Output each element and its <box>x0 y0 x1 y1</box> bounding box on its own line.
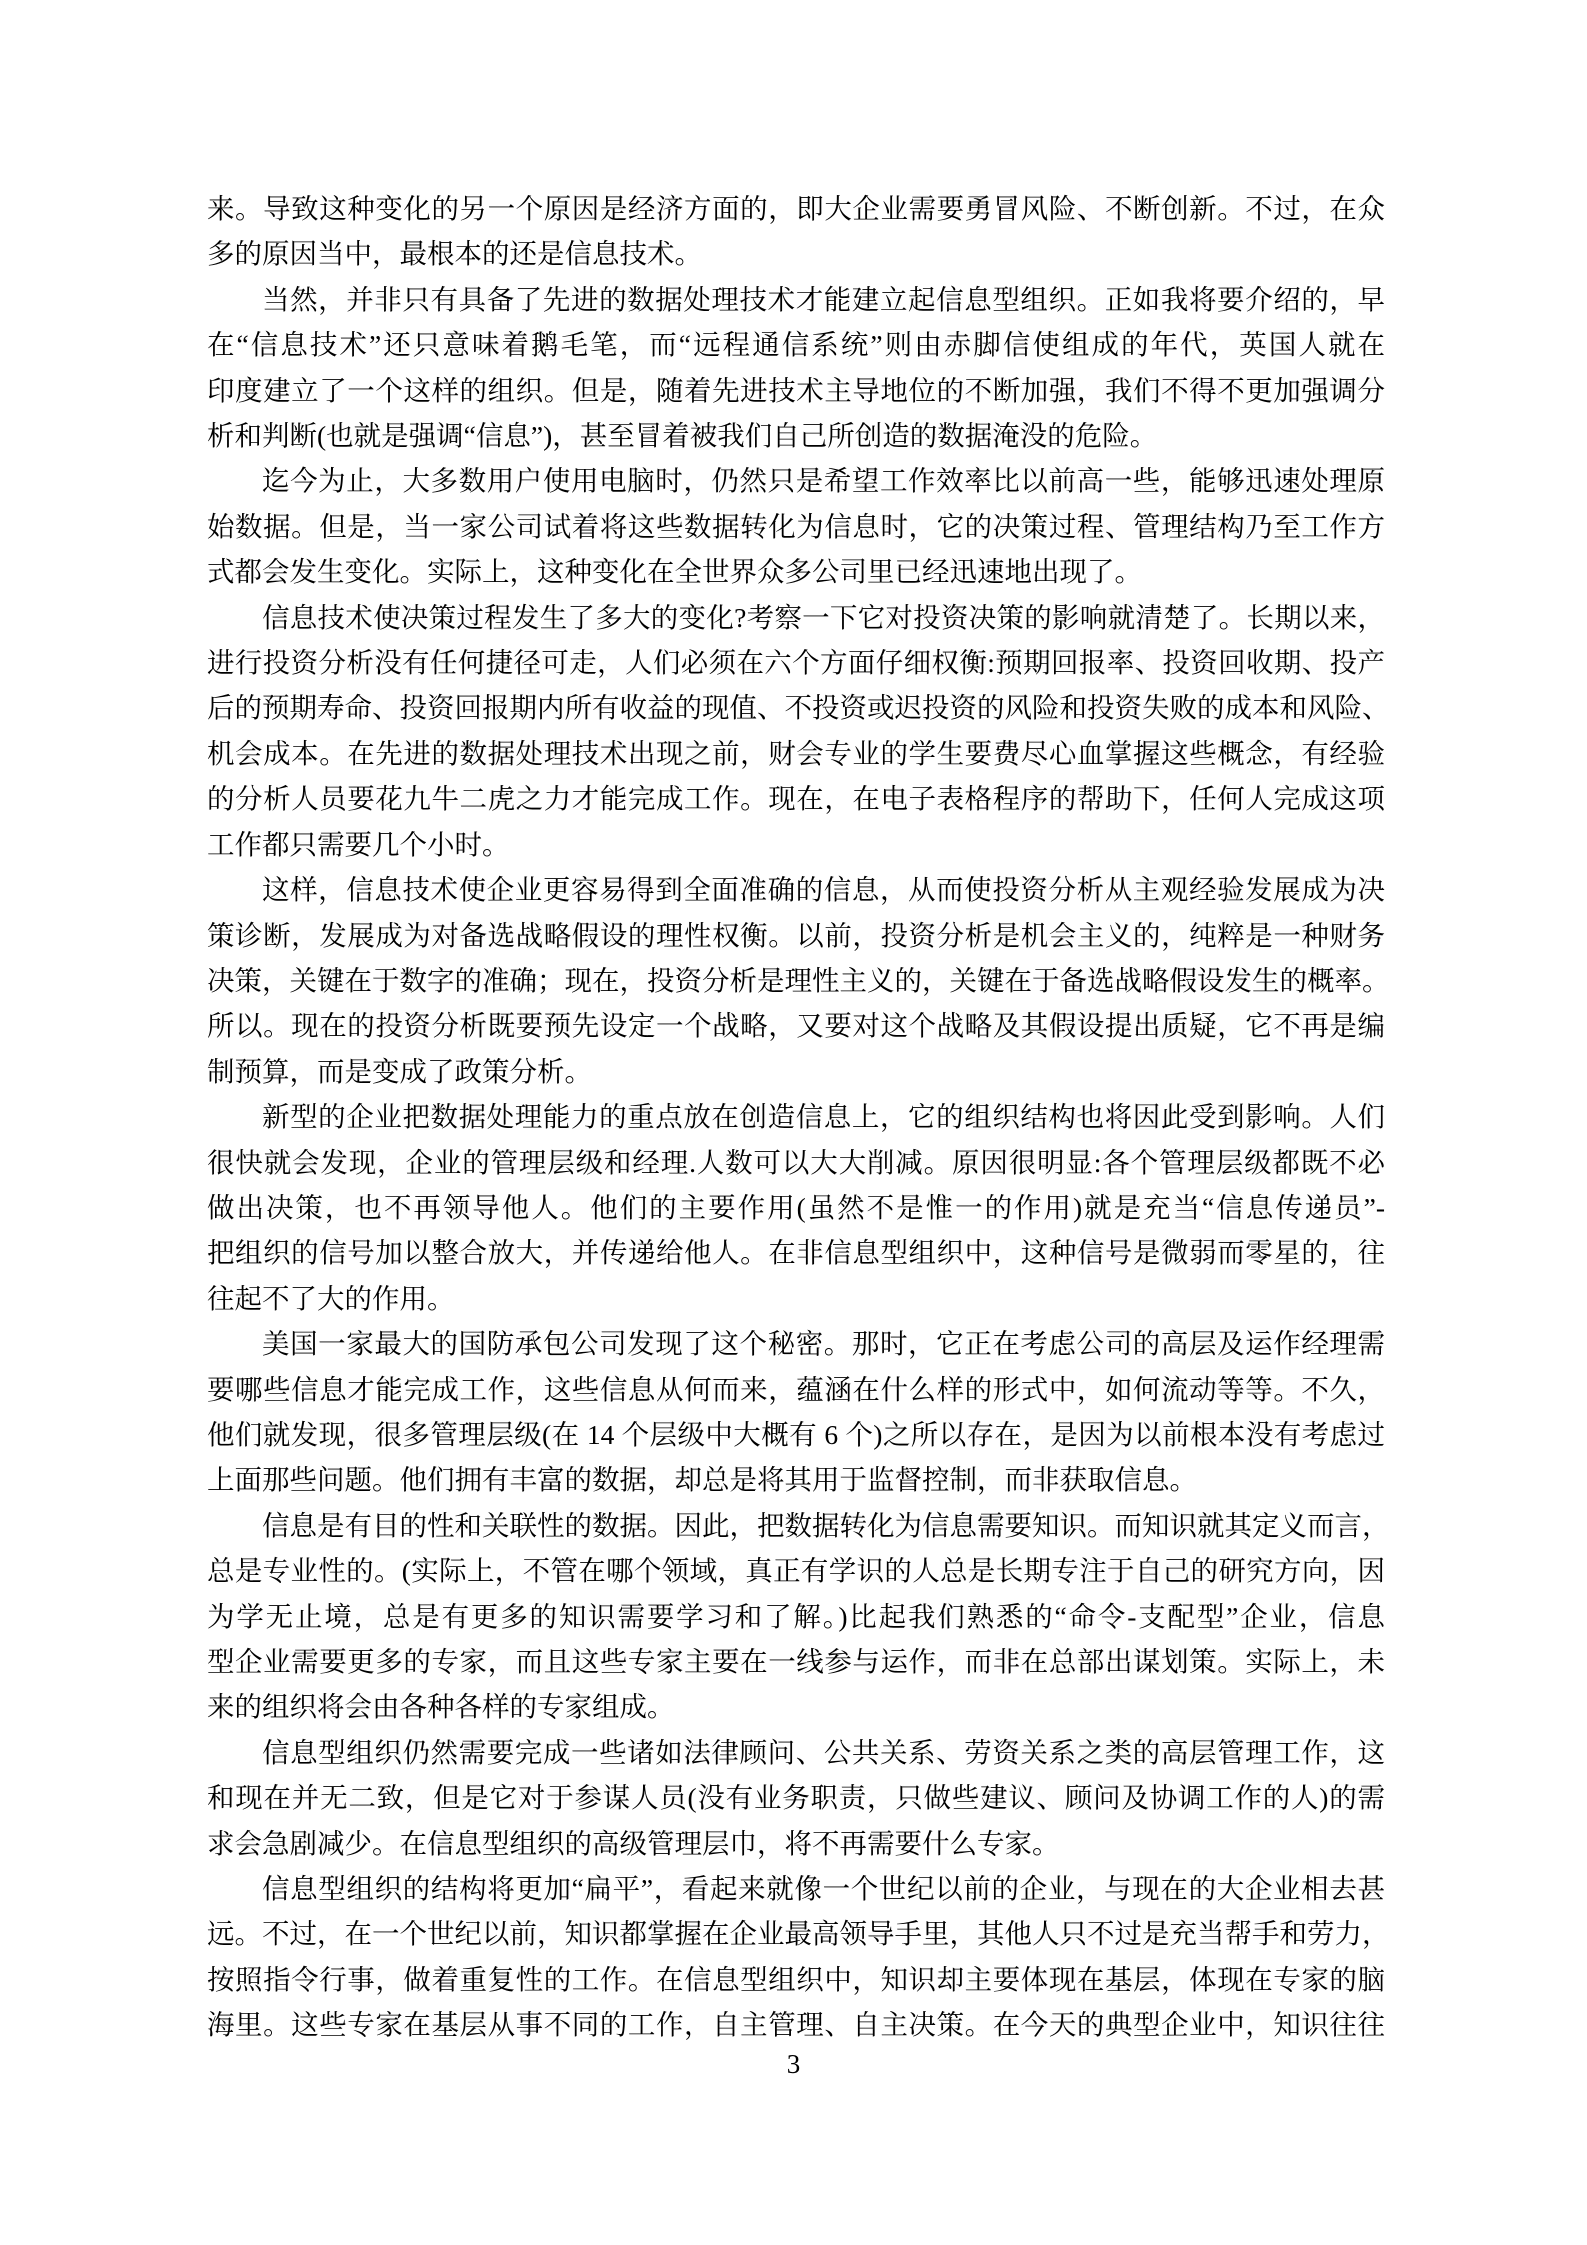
text-line: 往起不了大的作用。 <box>207 1276 1385 1321</box>
text-line: 海里。这些专家在基层从事不同的工作，自主管理、自主决策。在今天的典型企业中，知识… <box>207 2002 1385 2047</box>
text-line: 进行投资分析没有任何捷径可走，人们必须在六个方面仔细权衡:预期回报率、投资回收期… <box>207 640 1385 685</box>
text-line: 求会急剧减少。在信息型组织的高级管理层巾，将不再需要什么专家。 <box>207 1821 1385 1866</box>
text-line: 和现在并无二致，但是它对于参谋人员(没有业务职责，只做些建议、顾问及协调工作的人… <box>207 1775 1385 1820</box>
page-number: 3 <box>0 2048 1587 2080</box>
text-line: 总是专业性的。(实际上，不管在哪个领域，真正有学识的人总是长期专注于自己的研究方… <box>207 1548 1385 1593</box>
text-line: 远。不过，在一个世纪以前，知识都掌握在企业最高领导手里，其他人只不过是充当帮手和… <box>207 1911 1385 1956</box>
text-line: 策诊断，发展成为对备选战略假设的理性权衡。以前，投资分析是机会主义的，纯粹是一种… <box>207 913 1385 958</box>
text-line: 型企业需要更多的专家，而且这些专家主要在一线参与运作，而非在总部出谋划策。实际上… <box>207 1639 1385 1684</box>
text-line: 在“信息技术”还只意味着鹅毛笔，而“远程通信系统”则由赤脚信使组成的年代，英国人… <box>207 322 1385 367</box>
text-line: 信息型组织的结构将更加“扁平”，看起来就像一个世纪以前的企业，与现在的大企业相去… <box>207 1866 1385 1911</box>
document-page: 来。导致这种变化的另一个原因是经济方面的，即大企业需要勇冒风险、不断创新。不过，… <box>0 0 1587 2245</box>
text-line: 的分析人员要花九牛二虎之力才能完成工作。现在，在电子表格程序的帮助下，任何人完成… <box>207 776 1385 821</box>
text-line: 这样，信息技术使企业更容易得到全面准确的信息，从而使投资分析从主观经验发展成为决 <box>207 867 1385 912</box>
text-line: 所以。现在的投资分析既要预先设定一个战略，又要对这个战略及其假设提出质疑，它不再… <box>207 1003 1385 1048</box>
text-line: 他们就发现，很多管理层级(在 14 个层级中大概有 6 个)之所以存在，是因为以… <box>207 1412 1385 1457</box>
text-line: 始数据。但是，当一家公司试着将这些数据转化为信息时，它的决策过程、管理结构乃至工… <box>207 504 1385 549</box>
text-line: 式都会发生变化。实际上，这种变化在全世界众多公司里已经迅速地出现了。 <box>207 549 1385 594</box>
text-line: 当然，并非只有具备了先进的数据处理技术才能建立起信息型组织。正如我将要介绍的，早 <box>207 277 1385 322</box>
text-line: 上面那些问题。他们拥有丰富的数据，却总是将其用于监督控制，而非获取信息。 <box>207 1457 1385 1502</box>
text-line: 析和判断(也就是强调“信息”)，甚至冒着被我们自己所创造的数据淹没的危险。 <box>207 413 1385 458</box>
text-line: 很快就会发现，企业的管理层级和经理.人数可以大大削减。原因很明显:各个管理层级都… <box>207 1140 1385 1185</box>
text-line: 为学无止境，总是有更多的知识需要学习和了解。)比起我们熟悉的“命令-支配型”企业… <box>207 1594 1385 1639</box>
text-line: 新型的企业把数据处理能力的重点放在创造信息上，它的组织结构也将因此受到影响。人们 <box>207 1094 1385 1139</box>
text-line: 信息是有目的性和关联性的数据。因此，把数据转化为信息需要知识。而知识就其定义而言… <box>207 1503 1385 1548</box>
text-line: 迄今为止，大多数用户使用电脑时，仍然只是希望工作效率比以前高一些，能够迅速处理原 <box>207 458 1385 503</box>
text-line: 做出决策，也不再领导他人。他们的主要作用(虽然不是惟一的作用)就是充当“信息传递… <box>207 1185 1385 1230</box>
text-line: 机会成本。在先进的数据处理技术出现之前，财会专业的学生要费尽心血掌握这些概念，有… <box>207 731 1385 776</box>
text-line: 来。导致这种变化的另一个原因是经济方面的，即大企业需要勇冒风险、不断创新。不过，… <box>207 186 1385 231</box>
text-line: 后的预期寿命、投资回报期内所有收益的现值、不投资或迟投资的风险和投资失败的成本和… <box>207 685 1385 730</box>
text-line: 工作都只需要几个小时。 <box>207 822 1385 867</box>
text-line: 信息型组织仍然需要完成一些诸如法律顾问、公共关系、劳资关系之类的高层管理工作，这 <box>207 1730 1385 1775</box>
text-line: 印度建立了一个这样的组织。但是，随着先进技术主导地位的不断加强，我们不得不更加强… <box>207 368 1385 413</box>
text-line: 按照指令行事，做着重复性的工作。在信息型组织中，知识却主要体现在基层，体现在专家… <box>207 1957 1385 2002</box>
text-line: 决策，关键在于数字的准确；现在，投资分析是理性主义的，关键在于备选战略假设发生的… <box>207 958 1385 1003</box>
text-line: 要哪些信息才能完成工作，这些信息从何而来，蕴涵在什么样的形式中，如何流动等等。不… <box>207 1367 1385 1412</box>
text-line: 来的组织将会由各种各样的专家组成。 <box>207 1684 1385 1729</box>
text-line: 把组织的信号加以整合放大，并传递给他人。在非信息型组织中，这种信号是微弱而零星的… <box>207 1230 1385 1275</box>
text-line: 信息技术使决策过程发生了多大的变化?考察一下它对投资决策的影响就清楚了。长期以来… <box>207 595 1385 640</box>
text-line: 多的原因当中，最根本的还是信息技术。 <box>207 231 1385 276</box>
text-line: 美国一家最大的国防承包公司发现了这个秘密。那时，它正在考虑公司的高层及运作经理需 <box>207 1321 1385 1366</box>
text-line: 制预算，而是变成了政策分析。 <box>207 1049 1385 1094</box>
document-text: 来。导致这种变化的另一个原因是经济方面的，即大企业需要勇冒风险、不断创新。不过，… <box>207 186 1385 2048</box>
